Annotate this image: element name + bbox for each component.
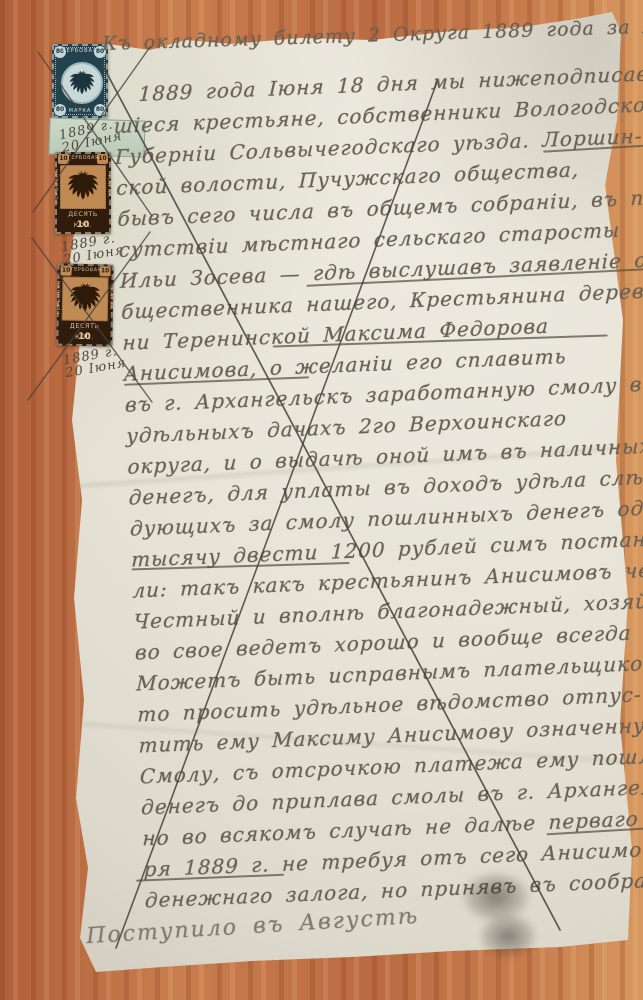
manuscript-body: 1889 года Іюня 18 дня мы нижеподписав- ш… bbox=[112, 59, 643, 917]
stamp-denomination-banner: ДЕСЯТЬ КОП. bbox=[59, 209, 107, 220]
stamp-value: 10 bbox=[55, 220, 111, 230]
photo-of-document: 80 80 80 80 ГЕРБОВАЯ МАРКА 1889 г. 20 Ію… bbox=[0, 0, 643, 1000]
stamp-center-panel bbox=[60, 165, 106, 209]
double-headed-eagle-icon bbox=[66, 167, 100, 205]
stamp-denomination-banner: ДЕСЯТЬ КОП. bbox=[61, 321, 109, 333]
stamp-value: 10 bbox=[56, 332, 112, 343]
stamp-type-label: ГЕРБОВАЯ bbox=[52, 48, 108, 54]
revenue-stamp-brown-1: 10 10 ГЕРБОВАЯ ГЕРБОВАЯ МАРКА ДЕСЯТЬ КОП… bbox=[55, 152, 111, 234]
stamp-type-label: ГЕРБОВАЯ bbox=[68, 155, 98, 161]
stamp-type-label: МАРКА bbox=[52, 108, 108, 114]
stamp-medallion bbox=[61, 62, 103, 104]
stamp-type-label: МАРКА bbox=[108, 278, 114, 318]
revenue-stamp-brown-2: 10 10 ГЕРБОВАЯ ГЕРБОВАЯ МАРКА ДЕСЯТЬ КОП… bbox=[56, 264, 113, 347]
double-headed-eagle-icon bbox=[68, 279, 103, 318]
ink-smudge bbox=[468, 905, 548, 967]
stamp-center-panel bbox=[62, 277, 109, 322]
stamp-type-label: МАРКА bbox=[106, 166, 111, 206]
revenue-stamp-blue: 80 80 80 80 ГЕРБОВАЯ МАРКА bbox=[52, 44, 108, 118]
stamp-type-label: ГЕРБОВАЯ bbox=[71, 267, 101, 274]
double-headed-eagle-icon bbox=[68, 69, 96, 97]
